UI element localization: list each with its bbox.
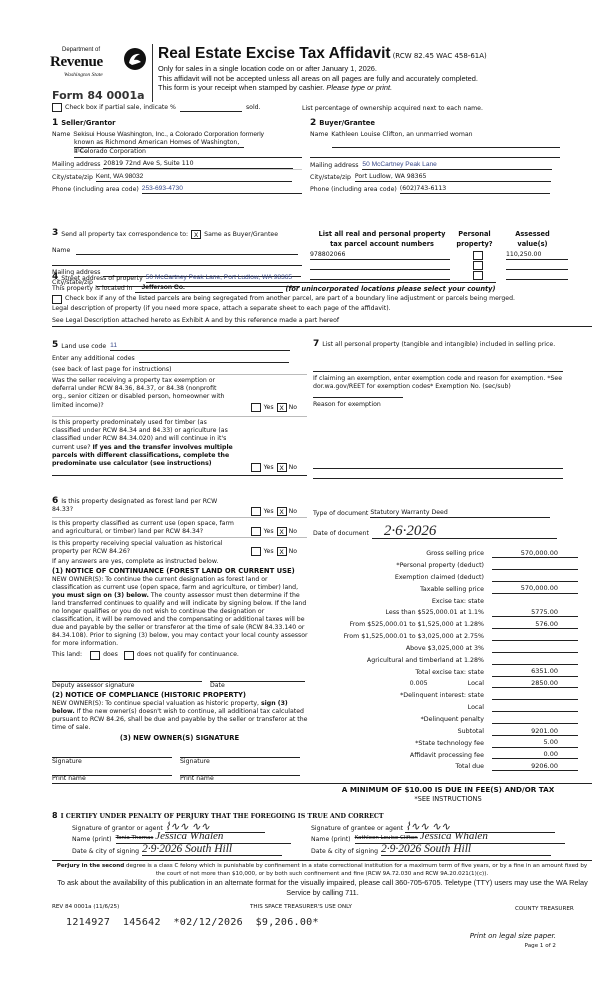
same-as-buyer-label: Same as Buyer/Grantee (204, 231, 278, 239)
property-section: 4Street address of property50 McCartney … (52, 273, 592, 327)
q2-yes-checkbox[interactable] (251, 463, 261, 472)
tax-row-label: *Delinquent penalty (318, 716, 492, 724)
buyer-name-line3[interactable] (310, 148, 560, 158)
dor-logo: Department of Revenue Washington State (50, 47, 150, 87)
buyer-mailing-label: Mailing address (310, 162, 358, 170)
current-use-yes-checkbox[interactable] (251, 527, 261, 536)
tax-row-value[interactable] (492, 569, 578, 570)
buyer-name-line2[interactable] (332, 139, 560, 148)
partial-sale-percent-field[interactable] (180, 104, 242, 112)
dept-line2: Revenue (50, 53, 103, 72)
q2-no-checkbox[interactable]: X (277, 463, 287, 472)
title-block: Real Estate Excise Tax Affidavit (RCW 82… (158, 44, 487, 63)
q1-yes-checkbox[interactable] (251, 403, 261, 412)
header-notices: Only for sales in a single location code… (158, 64, 478, 93)
tax-row-value[interactable] (492, 652, 578, 653)
tax-row-value[interactable] (492, 581, 578, 582)
tax-row-value[interactable] (492, 640, 578, 641)
same-as-buyer-checkbox[interactable]: X (191, 230, 201, 239)
tax-row-label: Agricultural and timberland at 1.28% (318, 657, 492, 665)
historical-no-checkbox[interactable]: X (277, 547, 287, 556)
section-3-num: 3 (52, 228, 58, 239)
title-ref: (RCW 82.45 WAC 458-61A) (393, 52, 487, 60)
tax-row: Less than $525,000.01 at 1.1%5775.00 (318, 606, 588, 617)
personal-property-checkbox[interactable] (473, 251, 483, 260)
tax-row-label: Above $3,025,000 at 3% (318, 645, 492, 653)
additional-codes-field[interactable] (139, 355, 289, 363)
notice-continuance-title: (1) NOTICE OF CONTINUANCE (FOREST LAND O… (52, 567, 307, 576)
corr-name-field-2[interactable] (52, 255, 302, 266)
doc-type-label: Type of document (313, 510, 368, 518)
tax-row: Total due9206.00 (318, 760, 588, 771)
parcel-number-field[interactable]: 978802066 (310, 251, 450, 260)
grantor-date-field[interactable]: 2·9·2026 South Hill (142, 844, 282, 856)
corr-name-field[interactable] (76, 247, 298, 255)
street-label: Street address of property (61, 275, 142, 283)
tax-row: Subtotal9201.00 (318, 725, 588, 736)
grantee-date-field[interactable]: 2·9·2026 South Hill (381, 844, 551, 856)
buyer-heading: 2Buyer/Grantee (310, 118, 565, 130)
tax-row-value[interactable]: 576.00 (492, 620, 578, 629)
seller-city-label: City/state/zip (52, 174, 93, 182)
county-select[interactable]: Jefferson Co. (135, 284, 283, 293)
located-label: This property is located in (52, 285, 132, 293)
grantor-date-label: Date & city of signing (72, 848, 139, 856)
forest-no-checkbox[interactable]: X (277, 507, 287, 516)
buyer-phone-field[interactable]: (602)743-6113 (400, 185, 550, 194)
county-treasurer-label: COUNTY TREASURER (515, 906, 574, 913)
tax-row-label: *State technology fee (318, 740, 492, 748)
tax-row: Above $3,025,000 at 3% (318, 642, 588, 653)
ownership-note: List percentage of ownership acquired ne… (302, 105, 483, 113)
current-use-question: Is this property classified as current u… (52, 520, 242, 536)
does-not-checkbox[interactable] (124, 651, 134, 660)
see-instructions: *SEE INSTRUCTIONS (318, 795, 578, 803)
tax-row: *Delinquent penalty (318, 713, 588, 724)
tax-row-label: Taxable selling price (318, 586, 492, 594)
tax-row-value[interactable] (492, 723, 578, 724)
buyer-phone-label: Phone (including area code) (310, 186, 397, 194)
reason-field-2[interactable] (313, 469, 563, 479)
correspondence-label: Send all property tax correspondence to: (61, 231, 188, 239)
buyer-city-label: City/state/zip (310, 174, 351, 182)
deputy-label: Deputy assessor signature (52, 682, 210, 690)
doc-date-field[interactable]: 2·6·2026 (372, 524, 557, 539)
exemption-text: If claiming an exemption, enter exemptio… (313, 375, 565, 401)
tax-row-label: Exemption claimed (deduct) (318, 574, 492, 582)
notice-2: This affidavit will not be accepted unle… (158, 74, 478, 84)
tax-row-label: Affidavit processing fee (318, 752, 492, 760)
seller-name-line1[interactable]: Sekisui House Washington, Inc., a Colora… (73, 131, 264, 139)
grantor-signing: Signature of grantor or agent⌇∿∿ ∿∿ Name… (72, 822, 302, 856)
grantor-name-label: Name (print) (72, 836, 112, 844)
grantee-signing: Signature of grantee or agent⌇∿∿ ∿∿ Name… (311, 822, 576, 856)
notice-compliance-text: NEW OWNER(S): To continue special valuat… (52, 700, 308, 732)
does-checkbox[interactable] (90, 651, 100, 660)
tax-row: Exemption claimed (deduct) (318, 571, 588, 582)
dept-line3: Washington State (64, 72, 103, 79)
certify-section: 8I CERTIFY UNDER PENALTY OF PERJURY THAT… (52, 811, 592, 822)
tax-row-label: Subtotal (318, 728, 492, 736)
tax-row-label: Total due (318, 763, 492, 771)
additional-codes-label: Enter any additional codes (52, 355, 135, 363)
tax-row-value[interactable]: 9206.00 (492, 762, 578, 771)
land-use-code-field[interactable]: 11 (110, 342, 290, 351)
buyer-city-field[interactable]: Port Ludlow, WA 98365 (355, 173, 551, 182)
tax-row-value[interactable]: 6351.00 (492, 667, 578, 676)
tax-row: From $525,000.01 to $1,525,000 at 1.28%5… (318, 618, 588, 629)
tax-row: Gross selling price570,000.00 (318, 547, 588, 558)
tax-row: 0.005Local2850.00 (318, 677, 588, 688)
historical-yes-checkbox[interactable] (251, 547, 261, 556)
tax-row-label: Total excise tax: state (318, 669, 492, 677)
seller-name-line3[interactable]: a Colorado Corporation (74, 148, 302, 158)
page-title: Real Estate Excise Tax Affidavit (158, 45, 391, 62)
form-number: Form 84 0001a (52, 89, 145, 103)
forest-question: 6Is this property designated as forest l… (52, 497, 230, 514)
parcel-number-field[interactable] (310, 261, 450, 270)
doc-type-row: Type of documentStatutory Warranty Deed (313, 509, 550, 518)
cashier-stamp: 1214927 145642 *02/12/2026 $9,206.00* (66, 917, 319, 930)
seller-phone-label: Phone (including area code) (52, 186, 139, 194)
forest-section: 6Is this property designated as forest l… (52, 497, 307, 784)
this-land-label: This land: (52, 651, 82, 659)
tax-row: *Personal property (deduct) (318, 559, 588, 570)
notice-3: This form is your receipt when stamped b… (158, 83, 478, 93)
located-note: (for unincorporated locations please sel… (285, 285, 495, 293)
tax-row-value[interactable]: 5.00 (492, 738, 578, 747)
tax-row-value[interactable]: 0.00 (492, 750, 578, 759)
tax-row-value[interactable] (492, 664, 578, 665)
personal-property-section: 7List all personal property (tangible an… (313, 340, 565, 479)
personal-property-label: 7List all personal property (tangible an… (313, 340, 565, 366)
dor-swirl-icon (122, 47, 148, 71)
parcel-row (310, 260, 570, 270)
tax-row-label: *Personal property (deduct) (318, 562, 492, 570)
date-label: Date (210, 682, 225, 690)
tax-row: From $1,525,000.01 to $3,025,000 at 2.75… (318, 630, 588, 641)
tax-row-label: Gross selling price (318, 550, 492, 558)
partial-sale-label: Check box if partial sale, indicate % (65, 104, 176, 112)
tax-row: *State technology fee5.00 (318, 737, 588, 748)
q1-no-checkbox[interactable]: X (277, 403, 287, 412)
partial-sale-row: Check box if partial sale, indicate % so… (52, 103, 261, 112)
see-back-note: (see back of last page for instructions) (52, 363, 307, 374)
doc-date-label: Date of document (313, 530, 369, 539)
buyer-section: 2Buyer/Grantee NameKathleen Louise Clift… (310, 118, 565, 194)
seller-section: 1Seller/Grantor NameSekisui House Washin… (52, 118, 302, 194)
segregated-checkbox[interactable] (52, 295, 62, 304)
exemption-no-field[interactable] (313, 392, 403, 398)
new-owner-sig-title: (3) NEW OWNER(S) SIGNATURE (52, 734, 307, 744)
parcel-row: 978802066110,250.00 (310, 250, 570, 260)
tax-row-label: From $1,525,000.01 to $3,025,000 at 2.75… (318, 633, 492, 641)
historical-question: Is this property receiving special valua… (52, 540, 230, 556)
tax-row: *Delinquent interest: state (318, 689, 588, 700)
seller-name-label: Name (52, 131, 70, 139)
tax-row-label: Excise tax: state (318, 598, 492, 606)
tax-row: Total excise tax: state6351.00 (318, 666, 588, 677)
seller-phone-field[interactable]: 253-693-4730 (142, 185, 302, 194)
tax-row-label: *Delinquent interest: state (318, 692, 492, 700)
exemption-question: Was the seller receiving a property tax … (52, 377, 230, 410)
doc-date-row: Date of document2·6·2026 (313, 524, 557, 539)
reason-label: Reason for exemption (313, 401, 565, 409)
tax-row: Agricultural and timberland at 1.28% (318, 654, 588, 665)
header-divider (152, 44, 153, 102)
notice-continuance-text: NEW OWNER(S): To continue the current de… (52, 576, 308, 648)
tax-row-value[interactable]: 570,000.00 (492, 549, 578, 558)
revision-label: REV 84 0001a (11/6/25) (52, 904, 119, 911)
certify-heading: 8I CERTIFY UNDER PENALTY OF PERJURY THAT… (52, 811, 592, 822)
tax-row-label: 0.005Local (318, 680, 492, 688)
forest-yes-checkbox[interactable] (251, 507, 261, 516)
seller-mailing-field[interactable]: 20819 72nd Ave S, Suite 110 (103, 160, 293, 169)
tax-row-label: Less than $525,000.01 at 1.1% (318, 609, 492, 617)
print-legal-note: Print on legal size paper. (470, 932, 556, 941)
personal-property-checkbox[interactable] (473, 261, 483, 270)
tax-row-value[interactable]: 5775.00 (492, 608, 578, 617)
current-use-no-checkbox[interactable]: X (277, 527, 287, 536)
notice-compliance-title: (2) NOTICE OF COMPLIANCE (HISTORIC PROPE… (52, 691, 307, 700)
legal-description-field[interactable]: See Legal Description attached hereto as… (52, 317, 592, 327)
parcels-col1-header: List all real and personal propertytax p… (312, 229, 452, 249)
tax-row: Taxable selling price570,000.00 (318, 583, 588, 594)
alt-format-notice: To ask about the availability of this pu… (55, 878, 590, 897)
assessed-value-field[interactable]: 110,250.00 (506, 251, 568, 260)
seller-name-line2[interactable]: known as Richmond American Homes of Wash… (74, 139, 244, 148)
parcels-col2-header: Personalproperty? (452, 229, 497, 249)
corr-name-label: Name (52, 247, 70, 255)
doc-type-field[interactable]: Statutory Warranty Deed (370, 509, 550, 518)
minimum-notice: A MINIMUM OF $10.00 IS DUE IN FEE(S) AND… (318, 785, 578, 794)
seller-heading: 1Seller/Grantor (52, 118, 302, 130)
sold-label: sold. (246, 104, 261, 112)
tax-row-value[interactable]: 570,000.00 (492, 584, 578, 593)
street-field[interactable]: 50 McCartney Peak Lane, Port Ludlow, WA … (146, 274, 496, 283)
seller-mailing-label: Mailing address (52, 161, 100, 169)
partial-sale-checkbox[interactable] (52, 103, 62, 112)
section-4-num: 4 (52, 272, 58, 283)
land-use-label: Land use code (61, 343, 106, 351)
tax-row-value[interactable] (492, 711, 578, 712)
perjury-notice: Perjury in the second degree is a class … (52, 860, 592, 878)
tax-row: Affidavit processing fee0.00 (318, 748, 588, 759)
tax-row-label: Local (318, 704, 492, 712)
tax-row-value[interactable] (492, 699, 578, 700)
buyer-name-label: Name (310, 131, 328, 139)
grantee-name-label: Name (print) (311, 836, 351, 844)
timber-question: Is this property predominately used for … (52, 419, 237, 468)
assessed-value-field[interactable] (506, 261, 568, 270)
seller-city-field[interactable]: Kent, WA 98032 (96, 173, 292, 182)
tax-row-label: From $525,000.01 to $1,525,000 at 1.28% (318, 621, 492, 629)
page-number: Page 1 of 2 (525, 943, 556, 950)
personal-property-field[interactable] (313, 366, 563, 372)
grantee-date-label: Date & city of signing (311, 848, 378, 856)
reason-field-1[interactable] (313, 459, 563, 469)
buyer-mailing-field[interactable]: 50 McCartney Peak Lane (362, 161, 552, 170)
notice-1: Only for sales in a single location code… (158, 64, 478, 74)
land-use-section: 5Land use code11 Enter any additional co… (52, 340, 307, 476)
legal-label: Legal description of property (if you ne… (52, 305, 592, 317)
tax-row: Excise tax: state (318, 594, 588, 605)
parcels-col3-header: Assessedvalue(s) (500, 229, 565, 249)
tax-row-value[interactable]: 9201.00 (492, 727, 578, 736)
tax-row-value[interactable]: 2850.00 (492, 679, 578, 688)
treasurer-use-label: THIS SPACE TREASURER'S USE ONLY (250, 904, 352, 911)
segregated-label: Check box if any of the listed parcels a… (65, 295, 515, 303)
buyer-name-field[interactable]: Kathleen Louise Clifton, an unmarried wo… (331, 131, 472, 139)
if-yes-note: If any answers are yes, complete as inst… (52, 557, 307, 567)
tax-row: Local (318, 701, 588, 712)
